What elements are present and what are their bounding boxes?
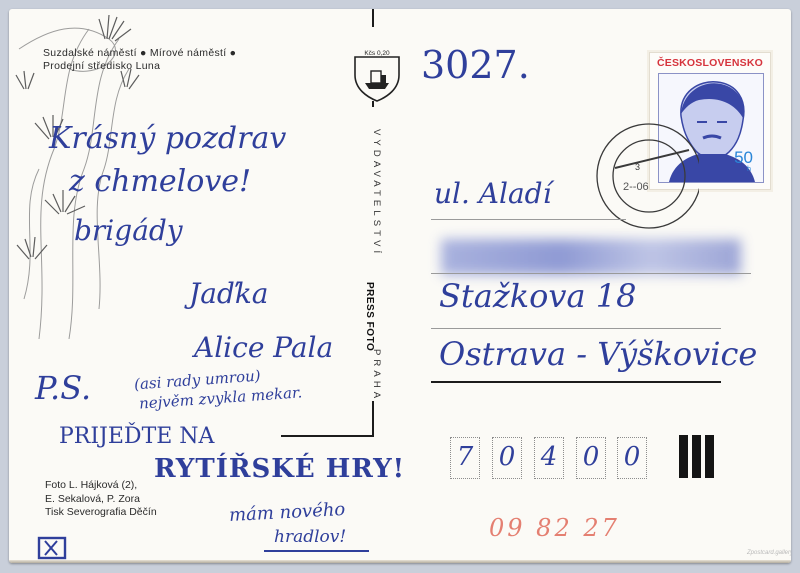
center-divider-top bbox=[372, 9, 374, 27]
reference-number: 3027. bbox=[421, 43, 530, 87]
stamp-country: ČESKOSLOVENSKO bbox=[650, 57, 770, 69]
picture-caption-line2: Prodejní středisko Luna bbox=[43, 60, 236, 73]
postal-code-box: 0 bbox=[617, 437, 647, 479]
address-rule bbox=[431, 273, 751, 274]
divider-corner bbox=[281, 435, 374, 437]
redacted-recipient-name bbox=[441, 239, 741, 275]
crossed-box-mark bbox=[37, 536, 67, 560]
postmark-date: 2--06 bbox=[623, 181, 649, 193]
ship-icon bbox=[365, 71, 389, 89]
message-line: z chmelove! bbox=[69, 164, 251, 199]
postal-code-digit: 0 bbox=[577, 442, 605, 472]
address-line4: Ostrava - Výškovice bbox=[439, 335, 757, 373]
tourism-tax-mark: Kčs 0,20 bbox=[347, 47, 407, 102]
tax-mark-price: Kčs 0,20 bbox=[364, 50, 390, 57]
publisher-city: PRAHA bbox=[364, 349, 382, 402]
postal-code-box: 0 bbox=[576, 437, 606, 479]
address-line3: Stažkova 18 bbox=[439, 277, 636, 315]
center-divider-bottom bbox=[372, 401, 374, 437]
postal-code-box: 0 bbox=[492, 437, 522, 479]
picture-caption-line1: Suzdalské náměstí ● Mírové náměstí ● bbox=[43, 47, 236, 60]
center-divider-mid bbox=[372, 101, 374, 107]
postal-code-box: 4 bbox=[534, 437, 564, 479]
watermark: Zpostcard.gallery bbox=[747, 550, 791, 556]
stamp-value: 50 bbox=[734, 148, 753, 168]
picture-caption: Suzdalské náměstí ● Mírové náměstí ● Pro… bbox=[43, 47, 236, 73]
message-line: hradlov! bbox=[274, 527, 346, 547]
postal-code-box: 7 bbox=[450, 437, 480, 479]
message-line: mám nového bbox=[229, 499, 346, 526]
postal-code-digit: 0 bbox=[493, 442, 521, 472]
address-rule bbox=[431, 219, 626, 220]
postal-code-digit: 0 bbox=[618, 442, 646, 472]
postmark-cancellation: 3 2--06 bbox=[579, 116, 699, 236]
credits-line3: Tisk Severografia Děčín bbox=[45, 506, 157, 520]
postal-code-digit: 4 bbox=[535, 442, 563, 472]
message-line: PRIJEĎTE NA bbox=[59, 424, 214, 449]
credits-line1: Foto L. Hájková (2), bbox=[45, 479, 157, 493]
postcard-back: Suzdalské náměstí ● Mírové náměstí ● Pro… bbox=[9, 9, 791, 563]
sorting-bar bbox=[705, 435, 714, 478]
sorting-bar bbox=[679, 435, 688, 478]
message-line: RYTÍŘSKÉ HRY! bbox=[154, 454, 405, 484]
postmark-code: 3 bbox=[635, 162, 640, 172]
publisher-logo: PRESS FOTO bbox=[364, 282, 375, 351]
message-line: Alice Pala bbox=[194, 331, 333, 364]
address-rule bbox=[431, 328, 721, 329]
photo-credits: Foto L. Hájková (2), E. Sekalová, P. Zor… bbox=[45, 479, 157, 520]
sorting-bar bbox=[692, 435, 701, 478]
message-line: brigády bbox=[74, 214, 183, 247]
signature-underline bbox=[264, 550, 369, 552]
address-rule-bold bbox=[431, 381, 721, 383]
postal-code-digit: 7 bbox=[451, 442, 479, 472]
message-line: P.S. bbox=[35, 369, 91, 407]
stamp-unit: h bbox=[747, 166, 751, 173]
credits-line2: E. Sekalová, P. Zora bbox=[45, 493, 157, 507]
address-line1: ul. Aladí bbox=[434, 177, 552, 210]
message-line: Krásný pozdrav bbox=[49, 121, 286, 156]
publisher-name: VYDAVATELSTVÍ bbox=[364, 129, 382, 257]
message-line: Jaďka bbox=[189, 277, 269, 310]
red-pencil-note: 09 82 27 bbox=[489, 514, 620, 542]
